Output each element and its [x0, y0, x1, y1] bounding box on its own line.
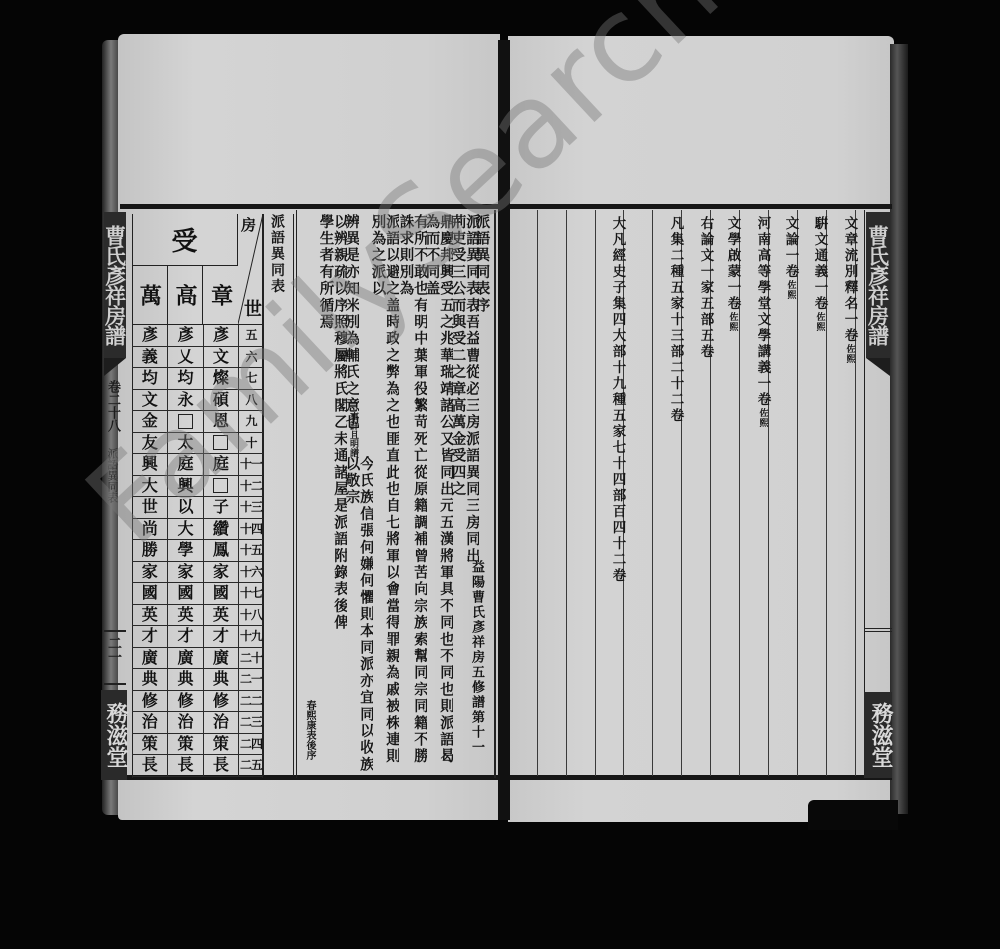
name-char-cell: 勝	[132, 540, 167, 561]
branch-header: 高	[167, 266, 203, 324]
table-corner-branch-label: 房	[241, 214, 256, 235]
generation-cell: 十二	[238, 476, 263, 497]
name-char-cell: 恩	[203, 411, 238, 432]
generation-cell: 十五	[238, 540, 263, 561]
name-char-cell: 典	[167, 669, 202, 690]
table-row: 十三子以世	[132, 497, 263, 519]
generation-cell: 二十	[238, 648, 263, 669]
name-char-cell: 太	[167, 433, 202, 454]
name-char-cell: 大	[132, 476, 167, 497]
name-char-cell: 治	[167, 712, 202, 733]
catalog-column: 文學啟蒙一卷佐熙	[725, 216, 739, 332]
name-char-cell: 永	[167, 390, 202, 411]
table-body: 五彥彥彥六文乂義七燦均均八碩永文九恩金十太友十一庭庭興十二興大十三子以世十四纘大…	[132, 324, 263, 776]
name-char-cell: 英	[132, 605, 167, 626]
name-char-cell: 碩	[203, 390, 238, 411]
blank-name-cell	[203, 433, 238, 454]
generation-cell: 十三	[238, 497, 263, 518]
generation-cell: 八	[238, 390, 263, 411]
generation-cell: 七	[238, 368, 263, 389]
name-char-cell: 典	[132, 669, 167, 690]
table-row: 八碩永文	[132, 390, 263, 412]
left-hall-name: 務滋堂	[101, 690, 127, 780]
name-char-cell: 均	[167, 368, 202, 389]
name-char-cell: 庭	[167, 454, 202, 475]
preface-column: 派語以避之盖時政之弊為之也匪直此也自七將軍以會當得罪親為戚被株連則別為之派以	[370, 214, 399, 774]
catalog-entry: 右論文一家五部五卷	[698, 216, 714, 360]
generation-cell: 二一	[238, 669, 263, 690]
name-char-cell: 長	[203, 755, 238, 776]
catalog-entry: 凡集二種五家十三部二十二卷	[668, 216, 684, 424]
name-char-cell: 策	[203, 734, 238, 755]
catalog-column: 右論文一家五部五卷	[698, 216, 712, 360]
generation-cell: 十一	[238, 454, 263, 475]
page-number: 二一	[107, 636, 121, 664]
name-char-cell: 家	[167, 562, 202, 583]
table-row: 十一庭庭興	[132, 454, 263, 476]
name-char-cell: 文	[132, 390, 167, 411]
name-char-cell: 修	[132, 691, 167, 712]
generation-cell: 九	[238, 411, 263, 432]
generation-cell: 二三	[238, 712, 263, 733]
generation-cell: 五	[238, 325, 263, 346]
name-char-cell: 策	[132, 734, 167, 755]
catalog-entry: 大凡經史子集四大部十九種五家七十四部百四十二卷	[610, 216, 626, 584]
right-spine-title: 曹氏彥祥房譜	[866, 212, 890, 358]
fish-tail-mark	[104, 358, 126, 376]
name-char-cell: 義	[132, 347, 167, 368]
name-char-cell: 才	[203, 626, 238, 647]
preface-column: 派語異同表表吾益曹從必三房派語異同三房同出荊吏受三公而與受二之章高萬金受四之	[450, 214, 479, 574]
name-char-cell: 典	[203, 669, 238, 690]
catalog-entry: 文論一卷	[783, 216, 799, 280]
name-char-cell: 國	[203, 583, 238, 604]
catalog-note: 佐熙	[728, 312, 738, 332]
catalog-column: 大凡經史子集四大部十九種五家七十四部百四十二卷	[610, 216, 624, 584]
table-row: 六文乂義	[132, 347, 263, 369]
preface-column: 有所不敢也有明中葉軍役繁苛死亡從原籍調補曾苦向宗族索幫同宗同籍不勝誅求則別為	[398, 214, 427, 774]
table-row: 二四策策策	[132, 734, 263, 756]
name-char-cell: 燦	[203, 368, 238, 389]
name-char-cell: 彥	[132, 325, 167, 346]
name-char-cell: 才	[132, 626, 167, 647]
name-char-cell: 大	[167, 519, 202, 540]
table-corner-generation-label: 世	[244, 295, 262, 321]
section-label-column: 派語異同表	[270, 214, 284, 295]
margin-section-label: 派語異同表	[107, 448, 118, 503]
name-char-cell: 世	[132, 497, 167, 518]
name-char-cell: 尚	[132, 519, 167, 540]
name-char-cell: 廣	[132, 648, 167, 669]
table-group-header: 受	[132, 214, 238, 266]
table-right-rule	[263, 214, 264, 776]
generation-cell: 十八	[238, 605, 263, 626]
name-char-cell: 修	[203, 691, 238, 712]
name-char-cell: 金	[132, 411, 167, 432]
name-char-cell: 鳳	[203, 540, 238, 561]
name-char-cell: 乂	[167, 347, 202, 368]
table-row: 十八英英英	[132, 605, 263, 627]
left-spine-title: 曹氏彥祥房譜	[104, 212, 126, 358]
preface-note: 春熙康表後序	[304, 700, 314, 760]
name-char-cell: 學	[167, 540, 202, 561]
name-char-cell: 以	[167, 497, 202, 518]
name-char-cell: 策	[167, 734, 202, 755]
generation-cell: 十四	[238, 519, 263, 540]
table-row: 十六家家家	[132, 562, 263, 584]
catalog-column: 凡集二種五家十三部二十二卷	[668, 216, 682, 424]
name-char-cell: 國	[167, 583, 202, 604]
catalog-note: 佐熙	[815, 312, 825, 332]
table-row: 九恩金	[132, 411, 263, 433]
page-corner-shadow	[808, 800, 898, 830]
name-char-cell: 家	[132, 562, 167, 583]
table-row: 十九才才才	[132, 626, 263, 648]
name-char-cell: 興	[167, 476, 202, 497]
name-char-cell: 治	[203, 712, 238, 733]
catalog-column: 文論一卷佐熙	[783, 216, 797, 300]
catalog-note: 佐熙	[845, 344, 855, 364]
catalog-column: 河南高等學堂文學講義一卷佐熙	[755, 216, 769, 428]
generation-cell: 十七	[238, 583, 263, 604]
name-char-cell: 纘	[203, 519, 238, 540]
generation-cell: 二五	[238, 755, 263, 776]
catalog-note: 佐熙	[758, 408, 768, 428]
name-char-cell: 均	[132, 368, 167, 389]
name-char-cell: 廣	[167, 648, 202, 669]
name-char-cell: 彥	[167, 325, 202, 346]
table-row: 二二修修修	[132, 691, 263, 713]
preface-column: 今氏族信張何嫌何懼則本同派亦宜同以收族以敬宗	[344, 456, 373, 776]
preface-column: 鼎慶邦興受五之兆華瑞靖諸公又皆同出元五漢將軍具不同也不同也則派語曷為而不同盖	[424, 214, 453, 774]
preface-signature: 益陽曹氏彥祥房五修譜第十一	[470, 560, 483, 755]
preface-left-rule	[293, 214, 294, 776]
name-char-cell: 修	[167, 691, 202, 712]
table-row: 二五長長長	[132, 755, 263, 777]
table-row: 十七國國國	[132, 583, 263, 605]
name-char-cell: 子	[203, 497, 238, 518]
generation-cell: 十九	[238, 626, 263, 647]
table-row: 二三治治治	[132, 712, 263, 734]
name-char-cell: 國	[132, 583, 167, 604]
table-row: 十五鳳學勝	[132, 540, 263, 562]
generation-cell: 二四	[238, 734, 263, 755]
blank-name-cell	[167, 411, 202, 432]
branch-header: 萬	[132, 266, 167, 324]
generation-cell: 十	[238, 433, 263, 454]
preface-note: 事詳且明譜	[348, 412, 357, 457]
table-row: 十二興大	[132, 476, 263, 498]
column-rules	[510, 210, 862, 776]
name-char-cell: 文	[203, 347, 238, 368]
catalog-entry: 騈文通義一卷	[812, 216, 828, 312]
preface-column: 以辨親疏以序照穆屬將氏閣乙未通諸屋是派語附錄表後俾學生者有所循焉	[318, 214, 347, 634]
book-right-edge	[890, 44, 908, 814]
table-row: 十太友	[132, 433, 263, 455]
page-number-rule	[864, 628, 892, 632]
blank-name-cell	[203, 476, 238, 497]
table-row: 七燦均均	[132, 368, 263, 390]
name-char-cell: 英	[203, 605, 238, 626]
name-char-cell: 家	[203, 562, 238, 583]
table-row: 五彥彥彥	[132, 325, 263, 347]
table-row: 二一典典典	[132, 669, 263, 691]
catalog-entry: 文學啟蒙一卷	[725, 216, 741, 312]
table-row: 十四纘大尚	[132, 519, 263, 541]
name-char-cell: 長	[132, 755, 167, 776]
name-char-cell: 興	[132, 454, 167, 475]
name-char-cell: 才	[167, 626, 202, 647]
fish-tail-mark	[866, 358, 890, 376]
name-char-cell: 友	[132, 433, 167, 454]
generation-cell: 十六	[238, 562, 263, 583]
catalog-note: 佐熙	[786, 280, 796, 300]
catalog-column: 文章流別釋名一卷佐熙	[842, 216, 856, 364]
name-char-cell: 廣	[203, 648, 238, 669]
catalog-entry: 文章流別釋名一卷	[842, 216, 858, 344]
right-hall-name: 務滋堂	[864, 692, 892, 778]
table-row: 二十廣廣廣	[132, 648, 263, 670]
generation-cell: 二二	[238, 691, 263, 712]
name-char-cell: 彥	[203, 325, 238, 346]
generation-cell: 六	[238, 347, 263, 368]
branch-header: 章	[202, 266, 238, 324]
name-char-cell: 庭	[203, 454, 238, 475]
name-char-cell: 英	[167, 605, 202, 626]
volume-label: 卷二十八	[106, 380, 119, 432]
catalog-entry: 河南高等學堂文學講義一卷	[755, 216, 771, 408]
name-char-cell: 長	[167, 755, 202, 776]
catalog-column: 騈文通義一卷佐熙	[812, 216, 826, 332]
table-branch-headers: 章 高 萬	[132, 266, 238, 324]
name-char-cell: 治	[132, 712, 167, 733]
